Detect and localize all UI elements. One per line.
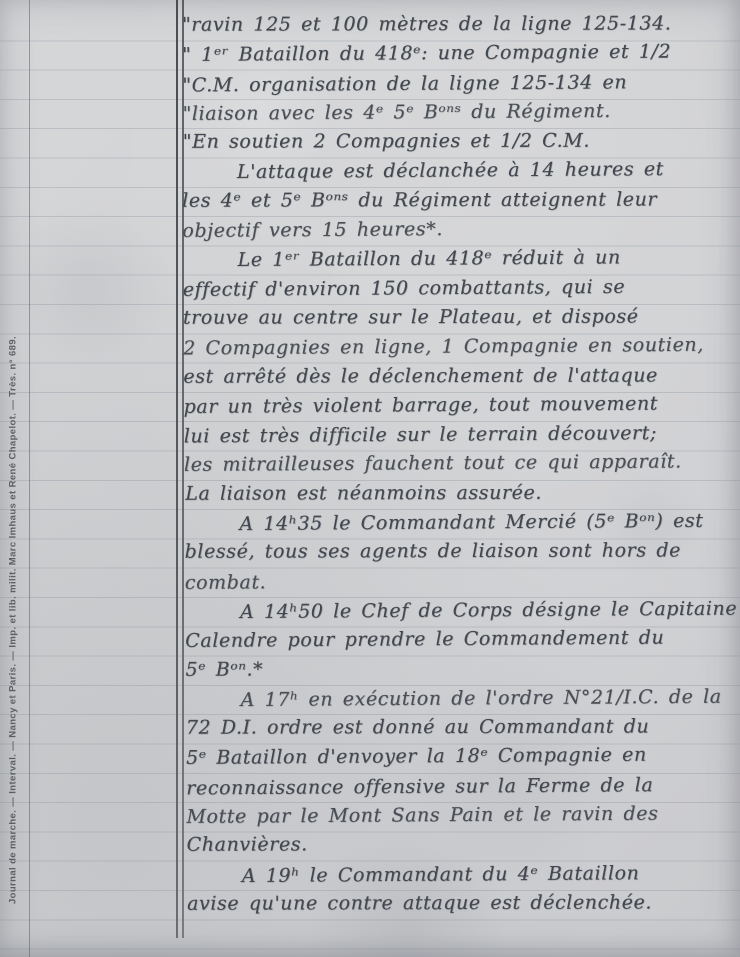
margin-imprint-text: Journal de marche. — Interval. — Nancy e… (8, 336, 19, 904)
handwritten-line: lui est très difficile sur le terrain dé… (181, 419, 733, 452)
handwritten-line: combat. (182, 565, 734, 598)
handwritten-text-block: "ravin 125 et 100 mètres de la ligne 125… (178, 8, 736, 920)
handwritten-line: "C.M. organisation de la ligne 125-134 e… (178, 67, 730, 100)
handwritten-line: Motte par le Mont Sans Pain et le ravin … (183, 799, 735, 832)
handwritten-line: avise qu'une contre attaque est déclench… (184, 888, 736, 919)
handwritten-line: "En soutien 2 Compagnies et 1/2 C.M. (179, 126, 731, 157)
handwritten-line: A 14ʰ50 le Chef de Corps désigne le Capi… (182, 595, 734, 628)
handwritten-line: 5ᵉ Bataillon d'envoyer la 18ᵉ Compagnie … (183, 740, 735, 773)
handwritten-line: par un très violent barrage, tout mouvem… (180, 389, 732, 422)
handwritten-line: La liaison est néanmoins assurée. (181, 478, 733, 509)
handwritten-line: les 4ᵉ et 5ᵉ Bᵒⁿˢ du Régiment atteignent… (179, 185, 731, 216)
handwritten-line: les mitrailleuses fauchent tout ce qui a… (181, 448, 733, 481)
handwritten-line: Chanvières. (184, 830, 736, 861)
handwritten-line: "liaison avec les 4ᵉ 5ᵉ Bᵒⁿˢ du Régiment… (178, 96, 730, 129)
handwritten-line: "ravin 125 et 100 mètres de la ligne 125… (178, 9, 730, 40)
handwritten-line: Le 1ᵉʳ Bataillon du 418ᵉ réduit à un (179, 243, 731, 276)
handwritten-line: 72 D.I. ordre est donné au Commandant du (183, 712, 735, 743)
handwritten-line: A 14ʰ35 le Commandant Mercié (5ᵉ Bᵒⁿ) es… (181, 507, 733, 540)
handwritten-line: blessé, tous ses agents de liaison sont … (182, 537, 734, 568)
handwritten-line: est arrêté dès le déclenchement de l'att… (180, 361, 732, 392)
handwritten-line: A 19ʰ le Commandant du 4ᵉ Bataillon (184, 858, 736, 891)
handwritten-line: " 1ᵉʳ Bataillon du 418ᵉ: une Compagnie e… (178, 37, 730, 70)
margin-separator-rule (29, 0, 30, 957)
handwritten-line: trouve au centre sur le Plateau, et disp… (180, 302, 732, 333)
handwritten-line: 5ᵉ Bᵒⁿ.* (182, 654, 734, 685)
margin-imprint: Journal de marche. — Interval. — Nancy e… (2, 290, 24, 950)
handwritten-line: Calendre pour prendre le Commandement du (182, 623, 734, 656)
handwritten-line: A 17ʰ en exécution de l'ordre N°21/I.C. … (183, 682, 735, 715)
handwritten-line: L'attaque est déclanchée à 14 heures et (179, 155, 731, 188)
handwritten-line: reconnaissance offensive sur la Ferme de… (183, 770, 735, 803)
handwritten-line: objectif vers 15 heures*. (179, 213, 731, 246)
scanned-journal-page: Journal de marche. — Interval. — Nancy e… (0, 0, 740, 957)
handwritten-line: 2 Compagnies en ligne, 1 Compagnie en so… (180, 331, 732, 364)
handwritten-line: effectif d'environ 150 combattants, qui … (180, 272, 732, 305)
